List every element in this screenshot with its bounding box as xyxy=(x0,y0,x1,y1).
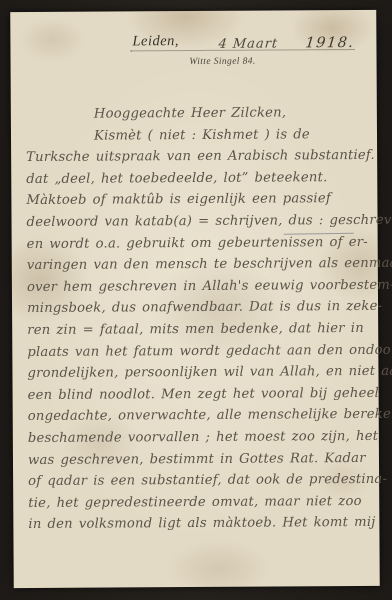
letter-line: grondelijken, persoonlijken wil van Alla… xyxy=(27,361,371,385)
letter-line: tie, het gepredestineerde omvat, maar ni… xyxy=(28,491,372,515)
letter-line: in den volksmond ligt als màktoeb. Het k… xyxy=(28,512,372,536)
letter-line: plaats van het fatum wordt gedacht aan d… xyxy=(27,339,371,363)
salutation-line: Hooggeachte Heer Zilcken, xyxy=(26,102,370,126)
scan-background: { "letter": { "letterhead": { "city": "L… xyxy=(0,0,392,600)
letter-line: over hem geschreven in Allah's eeuwig vo… xyxy=(27,275,371,299)
letter-body: Hooggeachte Heer Zilcken, Kismèt ( niet … xyxy=(26,102,373,536)
letter-line: Kismèt ( niet : Kishmet ) is de xyxy=(26,124,370,148)
letter-paper: Leiden, 4 Maart 1918. Witte Singel 84. H… xyxy=(10,10,380,588)
letter-line: beschamende voorvallen ; het moest zoo z… xyxy=(28,426,372,450)
letterhead-year-handwritten: 1918. xyxy=(305,35,356,51)
letter-line: en wordt o.a. gebruikt om gebeurtenissen… xyxy=(27,231,371,255)
letter-line: varingen van den mensch te beschrijven a… xyxy=(27,253,371,277)
letterhead-date-handwritten: 4 Maart xyxy=(218,36,279,51)
letter-line: mingsboek, dus onafwendbaar. Dat is dus … xyxy=(27,296,371,320)
letter-line: een blind noodlot. Men zegt het vooral b… xyxy=(28,383,372,407)
letter-line: ongedachte, onverwachte, alle menschelij… xyxy=(28,404,372,428)
letter-line: ren zin = fataal, mits men bedenke, dat … xyxy=(27,318,371,342)
letterhead-address: Witte Singel 84. xyxy=(163,56,283,67)
letter-line: deelwoord van katab(a) = schrijven, dus … xyxy=(26,210,370,234)
letterhead-city: Leiden, xyxy=(132,33,179,50)
letter-line: was geschreven, bestimmt in Gottes Rat. … xyxy=(28,447,372,471)
letter-line: Màktoeb of maktûb is eigenlijk een passi… xyxy=(26,188,370,212)
letter-line: of qadar is een substantief, dat ook de … xyxy=(28,469,372,493)
letterhead: Leiden, 4 Maart 1918. xyxy=(130,30,354,51)
letter-line: Turksche uitspraak van een Arabisch subs… xyxy=(26,145,370,169)
letter-line: dat „deel, het toebedeelde, lot” beteeke… xyxy=(26,167,370,191)
